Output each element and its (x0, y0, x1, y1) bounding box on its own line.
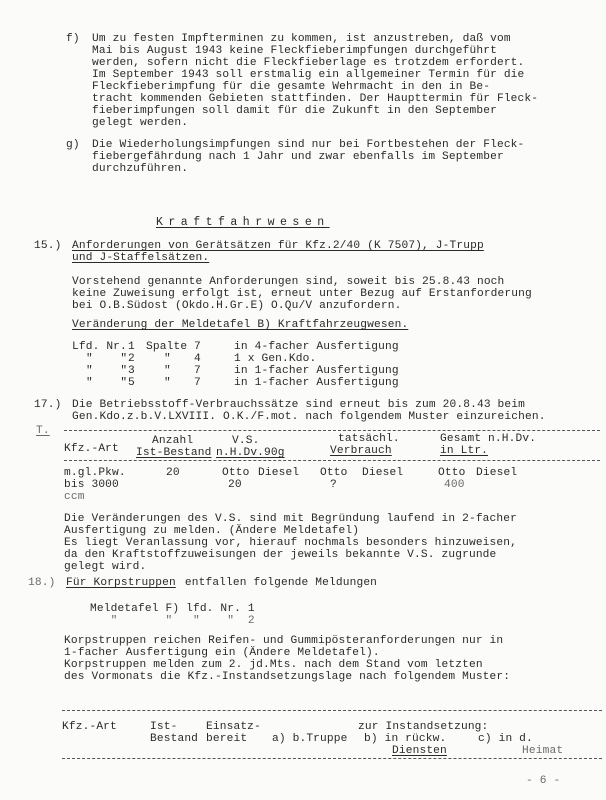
sub-otto: Otto (438, 468, 465, 480)
section-f-line: Fleckfieberimpfung für die gesamte Wehrm… (92, 82, 490, 94)
th-tatsaechl: tatsächl. (338, 434, 400, 446)
row-col: 7 (194, 342, 201, 354)
item-17-body: da den Kraftstoffzuweisungen der jeweils… (64, 550, 496, 562)
td-kfz-art: m.gl.Pkw. (64, 468, 126, 480)
row-spalte: Spalte (146, 342, 187, 354)
item-17-body: Ausfertigung zu melden. (Ändere Meldetaf… (64, 526, 359, 538)
item-15-body: keine Zuweisung erfolgt ist, erneut unte… (72, 289, 532, 301)
item-15-body: Vorstehend genannte Anforderungen sind, … (72, 277, 504, 289)
th-c-heimat: Heimat (522, 746, 563, 758)
th-hdv: n.H.Dv.90g (216, 448, 285, 460)
section-g-line: durchzuführen. (92, 164, 188, 176)
meldetafel-line: Meldetafel F) lfd. Nr. 1 (90, 604, 255, 616)
row-label: " " (86, 354, 127, 366)
item-15-title: und J-Staffelsätzen. (72, 253, 209, 265)
section-heading: Kraftfahrwesen (156, 217, 330, 229)
row-spalte: " (164, 366, 171, 378)
item-18-title: Für Korpstruppen (66, 578, 176, 590)
row-text: in 1-facher Ausfertigung (234, 378, 399, 390)
sub-diesel: Diesel (258, 468, 299, 480)
th-zur-instandsetzung: zur Instandsetzung: (358, 722, 488, 734)
item-17-title: Die Betriebsstoff-Verbrauchssätze sind e… (72, 400, 525, 412)
row-spalte: " (164, 354, 171, 366)
item-15-body: bei O.B.Südost (Okdo.H.Gr.E) O.Qu/V anzu… (72, 301, 401, 313)
td-vs-otto: 20 (228, 480, 242, 492)
sub-otto: Otto (320, 468, 347, 480)
th-verbrauch: Verbrauch (330, 446, 392, 458)
item-15-number: 15.) (34, 241, 61, 253)
th-c-heimat: c) in d. (478, 734, 533, 746)
item-18-title-rest: entfallen folgende Meldungen (178, 578, 377, 590)
th-bereit: bereit (206, 734, 247, 746)
row-label: " " (86, 378, 127, 390)
row-nr: 2 (128, 354, 135, 366)
section-f-line: gelegt werden. (92, 118, 188, 130)
item-18-body: des Vormonats die Kfz.-Instandsetzungsla… (64, 672, 510, 684)
item-15-title: Anforderungen von Gerätsätzen für Kfz.2/… (72, 241, 484, 253)
td-kfz-art: ccm (64, 492, 85, 504)
td-verbrauch-otto: ? (330, 480, 337, 492)
section-f-line: fieberimpfungen soll damit für die Zukun… (92, 106, 497, 118)
th-b-rueckw: b) in rückw. (364, 734, 446, 746)
item-17-body: gelegt wird. (64, 562, 146, 574)
sub-otto: Otto (222, 468, 249, 480)
item-17-body: Es liegt Veranlassung vor, hierauf nochm… (64, 538, 517, 550)
th-bestand: Bestand (150, 734, 198, 746)
row-text: 1 x Gen.Kdo. (234, 354, 316, 366)
row-nr: 3 (128, 366, 135, 378)
td-kfz-art: bis 3000 (64, 480, 119, 492)
section-f-line: Im September 1943 soll erstmalig ein all… (92, 70, 524, 82)
sub-diesel: Diesel (362, 468, 403, 480)
th-ist-bestand: Ist-Bestand (136, 448, 212, 460)
row-nr: 5 (128, 378, 135, 390)
item-17-body: Die Veränderungen des V.S. sind mit Begr… (64, 514, 517, 526)
meldetafel-line: " " " " 2 (90, 616, 255, 628)
item-18-number: 18.) (28, 578, 55, 590)
row-col: 4 (194, 354, 201, 366)
document-page: f) Um zu festen Impfterminen zu kommen, … (0, 0, 606, 800)
th-anzahl: Anzahl (152, 436, 193, 448)
item-17-title: Gen.Kdo.z.b.V.LXVIII. O.K./F.mot. nach f… (72, 412, 546, 424)
item-17-number: 17.) (34, 400, 61, 412)
td-ist-bestand: 20 (166, 468, 180, 480)
th-kfz-art: Kfz.-Art (64, 444, 119, 456)
row-col: 7 (194, 366, 201, 378)
section-g-marker: g) (66, 140, 80, 152)
row-nr: 1 (128, 342, 135, 354)
th-kfz-art: Kfz.-Art (62, 722, 117, 734)
table-rule (64, 460, 600, 461)
table-rule (62, 758, 602, 759)
row-col: 7 (194, 378, 201, 390)
th-einsatz: Einsatz- (206, 722, 261, 734)
row-spalte: " (164, 378, 171, 390)
th-ist: Ist- (150, 722, 177, 734)
item-15-subheading: Veränderung der Meldetafel B) Kraftfahrz… (72, 320, 408, 332)
section-f-line: Mai bis August 1943 keine Fleckfieberimp… (92, 46, 497, 58)
item-18-body: Korpstruppen melden zum 2. jd.Mts. nach … (64, 660, 483, 672)
th-vs: V.S. (232, 436, 259, 448)
margin-note: T. (36, 426, 50, 438)
row-text: in 1-facher Ausfertigung (234, 366, 399, 378)
th-b-diensten: Diensten (392, 746, 447, 758)
section-f-line: Um zu festen Impfterminen zu kommen, ist… (92, 34, 511, 46)
section-g-line: fiebergefährdung nach 1 Jahr und zwar eb… (92, 152, 504, 164)
table-rule (62, 710, 602, 711)
item-18-body: 1-facher Ausfertigung ein (Ändere Meldet… (64, 648, 380, 660)
section-f-line: werden, sofern nicht die Fleckfieberlage… (92, 58, 524, 70)
td-gesamt-otto: 400 (444, 480, 465, 492)
row-label: " " (86, 366, 127, 378)
row-label: Lfd. Nr. (72, 342, 127, 354)
sub-diesel: Diesel (476, 468, 517, 480)
section-f-line: tracht kommenden Gebieten stattfinden. D… (92, 94, 538, 106)
th-in-ltr: in Ltr. (440, 446, 488, 458)
th-a-truppe: a) b.Truppe (272, 734, 348, 746)
item-18-body: Korpstruppen reichen Reifen- und Gummipö… (64, 636, 503, 648)
row-text: in 4-facher Ausfertigung (234, 342, 399, 354)
section-f-marker: f) (66, 34, 80, 46)
section-g-line: Die Wiederholungsimpfungen sind nur bei … (92, 140, 524, 152)
page-number: - 6 - (526, 776, 560, 788)
table-rule (64, 430, 600, 431)
th-gesamt: Gesamt n.H.Dv. (440, 434, 536, 446)
